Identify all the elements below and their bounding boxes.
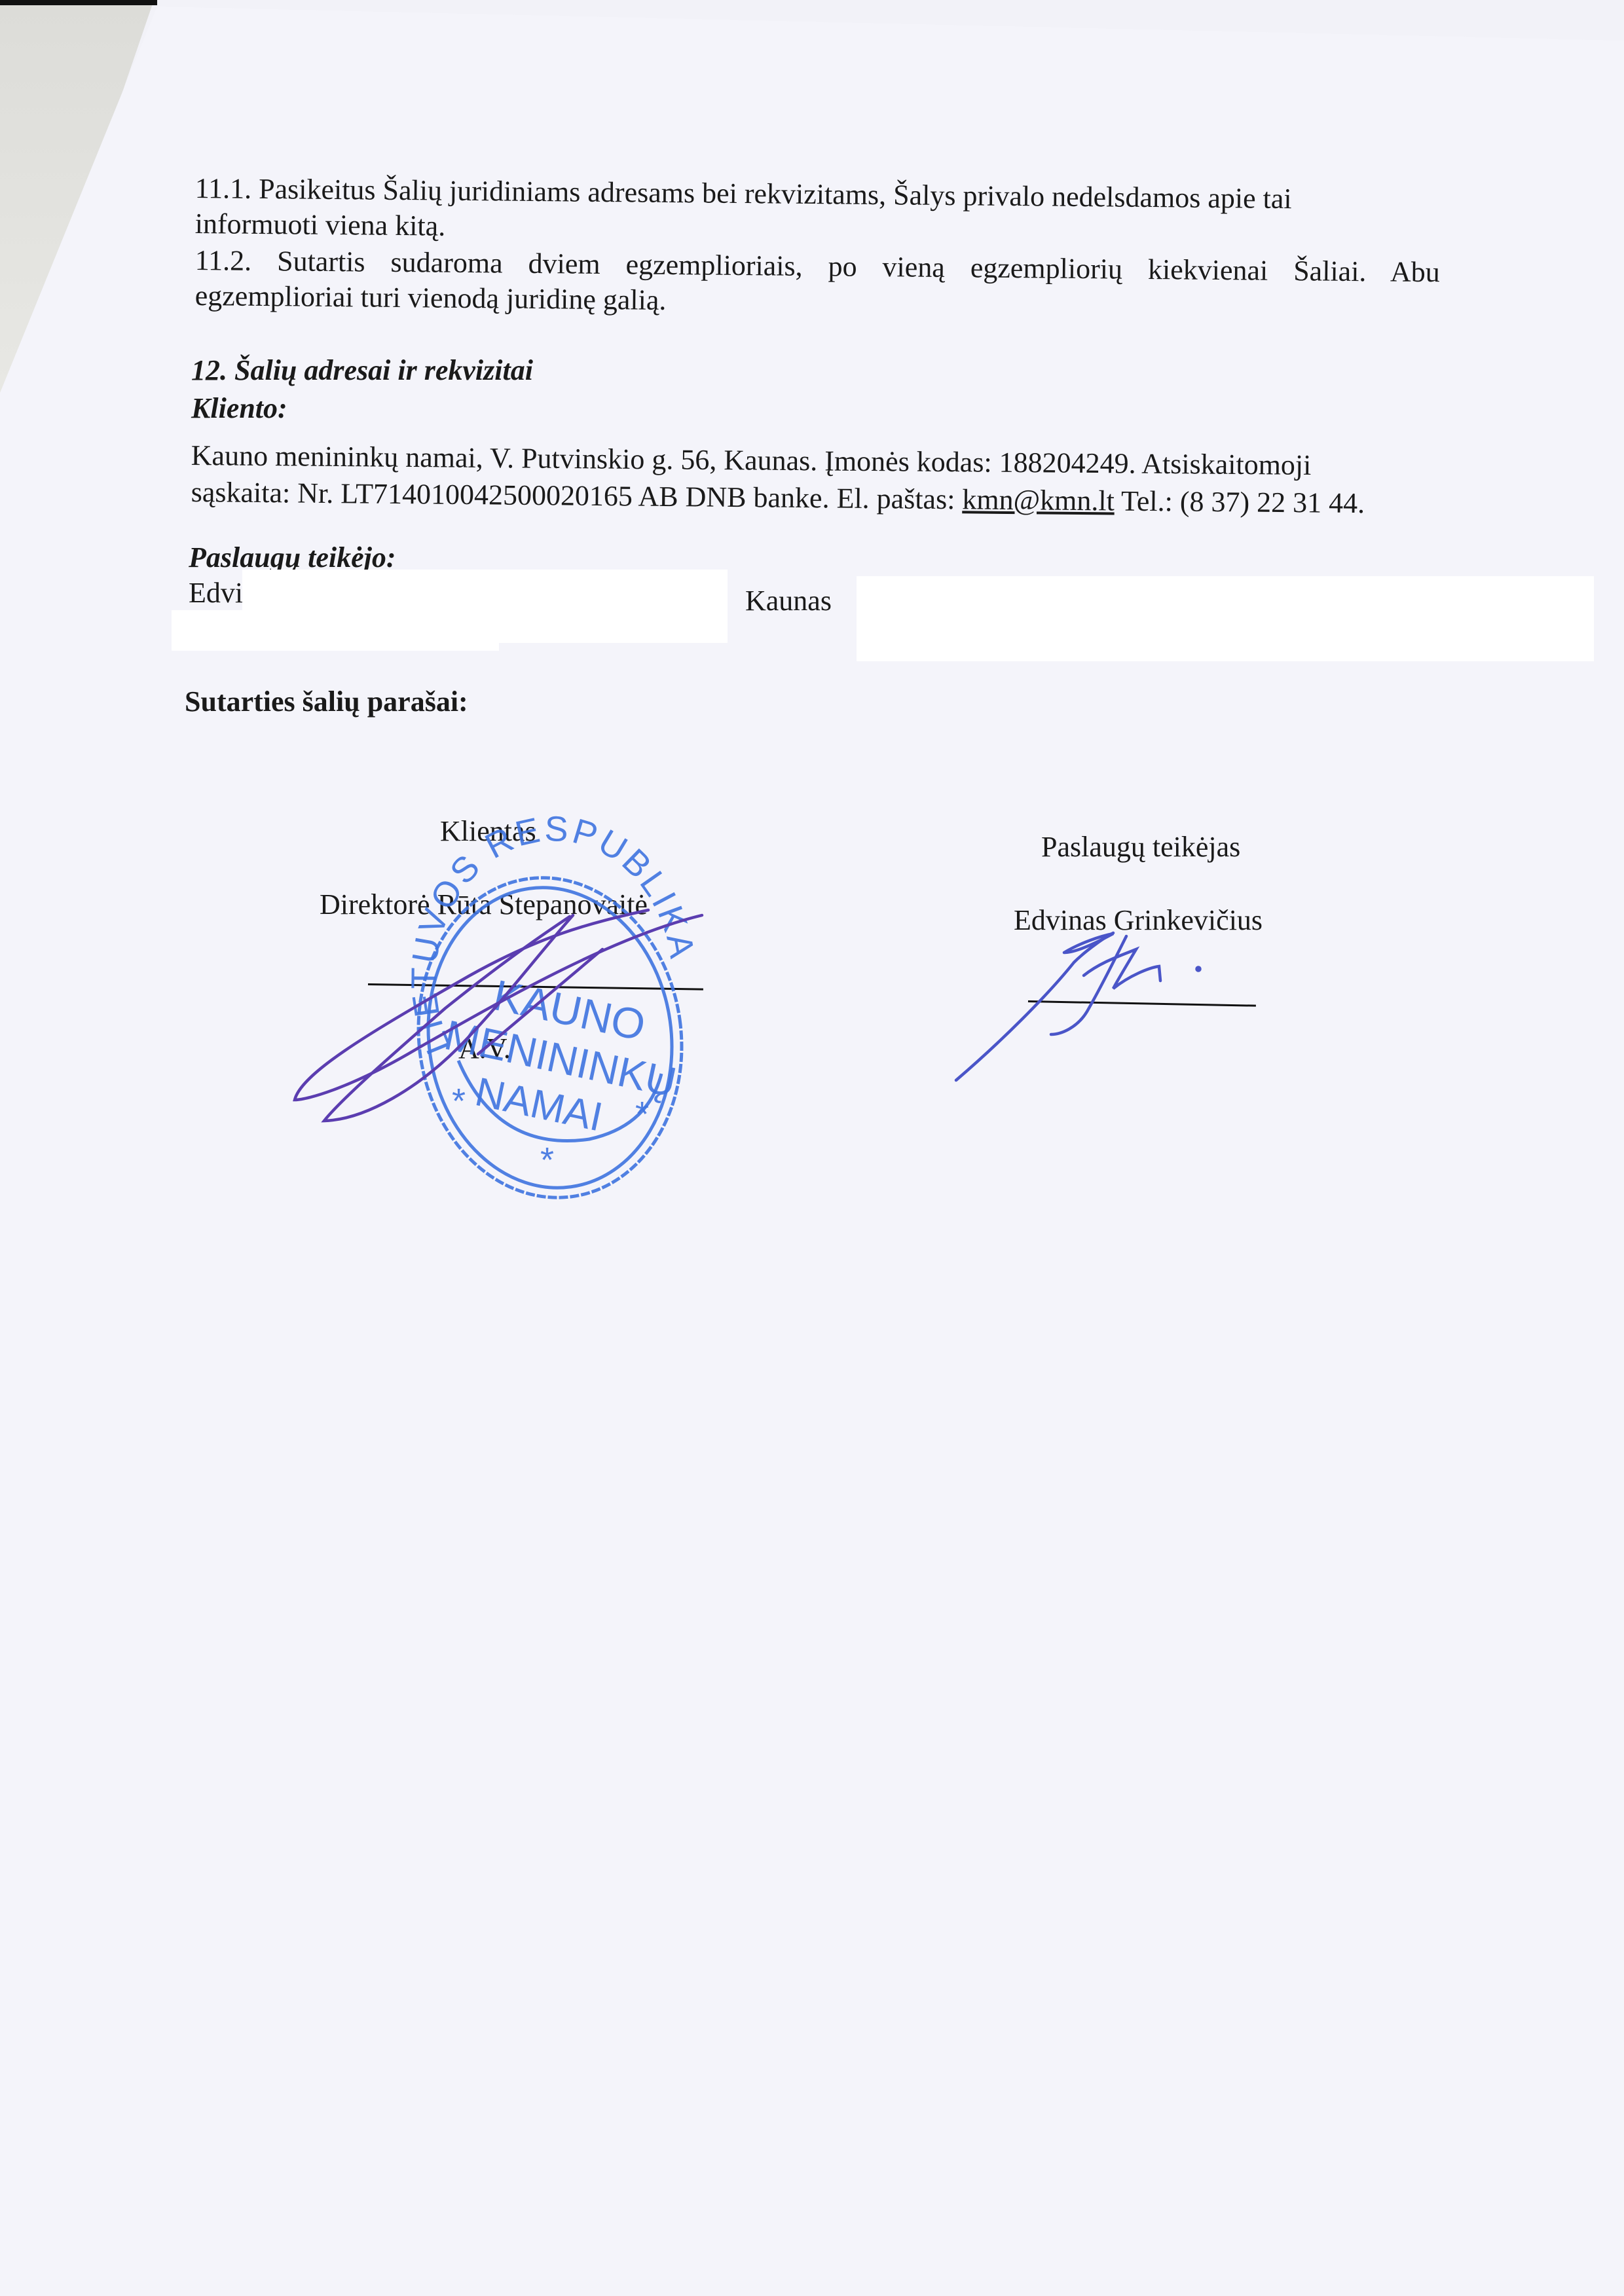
document-page: 11.1. Pasikeitus Šalių juridiniams adres… bbox=[0, 0, 1624, 2296]
provider-signature bbox=[0, 0, 1624, 1244]
scanner-border bbox=[0, 0, 157, 5]
